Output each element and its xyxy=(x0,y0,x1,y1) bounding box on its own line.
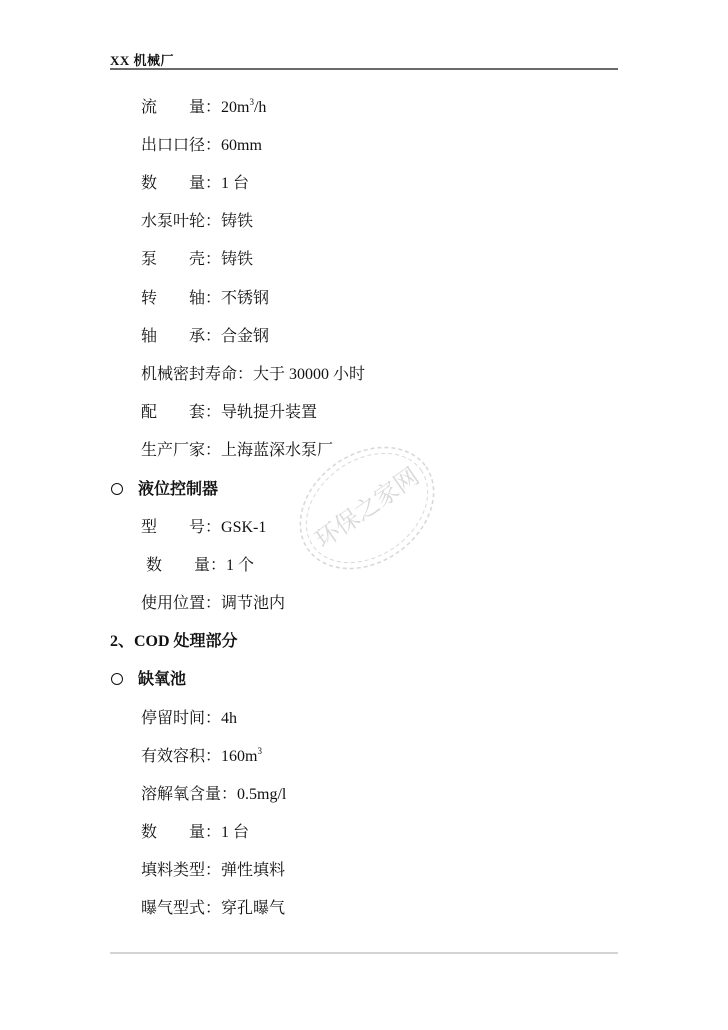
spec-accessory: 配 套：导轨提升装置 xyxy=(141,403,317,423)
controller-model: 型 号：GSK-1 xyxy=(141,518,266,538)
tank-effective-volume: 有效容积：160m3 xyxy=(141,747,262,767)
header-divider xyxy=(110,68,618,70)
controller-quantity: 数 量：1 个 xyxy=(146,556,254,576)
footer-divider xyxy=(110,952,618,954)
tank-aeration-type: 曝气型式：穿孔曝气 xyxy=(141,899,285,919)
spec-manufacturer: 生产厂家：上海蓝深水泵厂 xyxy=(141,441,333,461)
tank-dissolved-oxygen: 溶解氧含量：0.5mg/l xyxy=(141,785,286,805)
spec-seal-life: 机械密封寿命：大于 30000 小时 xyxy=(141,365,365,385)
spec-flow-rate: 流 量：20m3/h xyxy=(141,98,266,118)
spec-outlet-diameter: 出口口径：60mm xyxy=(141,136,262,156)
anoxic-tank-heading: 缺氧池 xyxy=(110,670,186,690)
spec-casing: 泵 壳：铸铁 xyxy=(141,250,253,270)
tank-filler-type: 填料类型：弹性填料 xyxy=(141,861,285,881)
controller-location: 使用位置：调节池内 xyxy=(141,594,285,614)
tank-retention-time: 停留时间：4h xyxy=(141,709,237,729)
spec-impeller: 水泵叶轮：铸铁 xyxy=(141,212,253,232)
spec-bearing: 轴 承：合金钢 xyxy=(141,327,269,347)
circle-bullet-icon xyxy=(111,673,123,685)
section-cod-treatment-heading: 2、COD 处理部分 xyxy=(110,632,238,652)
watermark-stamp-icon: 环保之家网 xyxy=(292,446,442,570)
watermark-text: 环保之家网 xyxy=(310,462,424,554)
spec-shaft: 转 轴：不锈钢 xyxy=(141,289,269,309)
level-controller-heading: 液位控制器 xyxy=(110,480,218,500)
spec-quantity: 数 量：1 台 xyxy=(141,174,249,194)
circle-bullet-icon xyxy=(111,483,123,495)
document-header-title: XX 机械厂 xyxy=(110,50,174,69)
tank-quantity: 数 量：1 台 xyxy=(141,823,249,843)
